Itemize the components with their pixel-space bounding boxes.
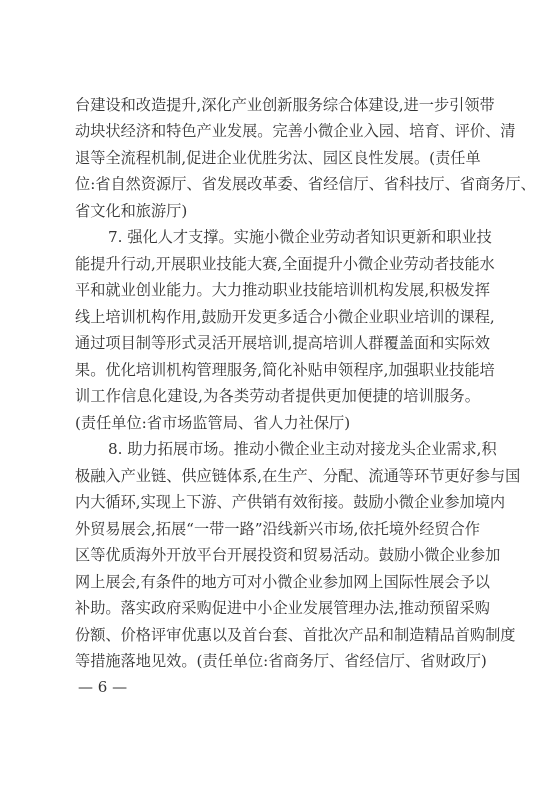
text-line: 极融入产业链、供应链体系,在生产、分配、流通等环节更好参与国: [75, 463, 480, 489]
text-line: 能提升行动,开展职业技能大赛,全面提升小微企业劳动者技能水: [75, 251, 480, 277]
text-line: 等措施落地见效。(责任单位:省商务厅、省经信厅、省财政厅): [75, 648, 480, 674]
text-line: 平和就业创业能力。大力推动职业技能培训机构发展,积极发挥: [75, 277, 480, 303]
text-line: 退等全流程机制,促进企业优胜劣汰、园区良性发展。(责任单: [75, 145, 480, 171]
text-line: 线上培训机构作用,鼓励开发更多适合小微企业职业培训的课程,: [75, 304, 480, 330]
text-line: 内大循环,实现上下游、产供销有效衔接。鼓励小微企业参加境内: [75, 489, 480, 515]
document-page: 台建设和改造提升,深化产业创新服务综合体建设,进一步引领带动块状经济和特色产业发…: [0, 0, 548, 800]
text-line: 省文化和旅游厅): [75, 198, 480, 224]
text-line: 训工作信息化建设,为各类劳动者提供更加便捷的培训服务。: [75, 383, 480, 409]
text-line: 份额、价格评审优惠以及首台套、首批次产品和制造精品首购制度: [75, 622, 480, 648]
text-line: 台建设和改造提升,深化产业创新服务综合体建设,进一步引领带: [75, 92, 480, 118]
text-line: 外贸易展会,拓展“一带一路”沿线新兴市场,依托境外经贸合作: [75, 516, 480, 542]
text-line: 果。优化培训机构管理服务,简化补贴申领程序,加强职业技能培: [75, 357, 480, 383]
text-line: (责任单位:省市场监管局、省人力社保厅): [75, 410, 480, 436]
text-line: 位:省自然资源厅、省发展改革委、省经信厅、省科技厅、省商务厅、: [75, 171, 480, 197]
text-line: 通过项目制等形式灵活开展培训,提高培训人群覆盖面和实际效: [75, 330, 480, 356]
page-number: — 6 —: [78, 677, 127, 697]
paragraph-first-line: 8. 助力拓展市场。推动小微企业主动对接龙头企业需求,积: [108, 436, 480, 462]
text-line: 区等优质海外开放平台开展投资和贸易活动。鼓励小微企业参加: [75, 542, 480, 568]
text-line: 补助。落实政府采购促进中小企业发展管理办法,推动预留采购: [75, 595, 480, 621]
text-line: 动块状经济和特色产业发展。完善小微企业入园、培育、评价、清: [75, 118, 480, 144]
paragraph-first-line: 7. 强化人才支撑。实施小微企业劳动者知识更新和职业技: [108, 224, 480, 250]
text-line: 网上展会,有条件的地方可对小微企业参加网上国际性展会予以: [75, 569, 480, 595]
